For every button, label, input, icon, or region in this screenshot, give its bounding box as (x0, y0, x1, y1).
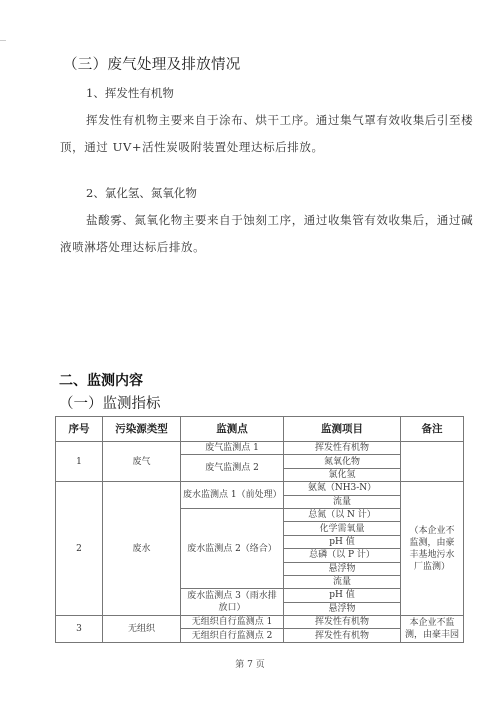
cell-point: 无组织自行监测点 1 (181, 616, 284, 629)
table-row: 2 废水 废水监测点 1（前处理） 氨氮（NH3-N） （本企业不监测，由豪丰基… (56, 482, 464, 495)
cell-no: 1 (56, 442, 103, 482)
section-heading-waste-gas: （三）废气处理及排放情况 (63, 53, 241, 74)
table-row: 1 废气 废气监测点 1 挥发性有机物 (56, 442, 464, 455)
cell-item: 挥发性有机物 (284, 616, 401, 629)
header-source-type: 污染源类型 (103, 417, 181, 442)
cell-item: 总磷（以 P 计） (284, 549, 401, 562)
cell-point: 废气监测点 2 (181, 455, 284, 482)
paragraph-voc-line2: 顶，通过 UV+活性炭吸附装置处理达标后排放。 (60, 139, 324, 155)
cell-point: 废气监测点 1 (181, 442, 284, 455)
cell-item: 氮氧化物 (284, 455, 401, 468)
cell-item: 氨氮（NH3-N） (284, 482, 401, 495)
table-row: 3 无组织 无组织自行监测点 1 挥发性有机物 本企业不监测，由豪丰园 (56, 616, 464, 629)
cell-note: 本企业不监测，由豪丰园 (401, 616, 464, 643)
scan-mark (0, 40, 6, 41)
header-remark: 备注 (401, 417, 464, 442)
monitoring-table: 序号 污染源类型 监测点 监测项目 备注 1 废气 废气监测点 1 挥发性有机物… (55, 416, 464, 643)
paragraph-hcl-line2: 液喷淋塔处理达标后排放。 (60, 239, 205, 255)
cell-item: pH 值 (284, 535, 401, 548)
cell-no: 3 (56, 616, 103, 643)
section-heading-monitoring: 二、监测内容 (59, 370, 143, 390)
header-no: 序号 (56, 417, 103, 442)
cell-point: 无组织自行监测点 2 (181, 629, 284, 642)
cell-point: 废水监测点 2（络合） (181, 508, 284, 588)
paragraph-voc-line1: 挥发性有机物主要来自于涂布、烘干工序。通过集气罩有效收集后引至楼 (86, 112, 473, 128)
paragraph-hcl-line1: 盐酸雾、氮氧化物主要来自于蚀刻工序，通过收集管有效收集后，通过碱 (86, 212, 473, 228)
cell-item: 悬浮物 (284, 602, 401, 615)
subsection-heading-indicators: （一）监测指标 (59, 392, 161, 413)
cell-item: 总氮（以 N 计） (284, 508, 401, 521)
cell-note: （本企业不监测，由豪丰基地污水厂监测） (401, 482, 464, 616)
cell-no: 2 (56, 482, 103, 616)
cell-point: 废水监测点 1（前处理） (181, 482, 284, 509)
cell-item: 氯化氢 (284, 468, 401, 481)
cell-item: 流量 (284, 575, 401, 588)
cell-type: 废气 (103, 442, 181, 482)
cell-item: 挥发性有机物 (284, 442, 401, 455)
cell-item: 挥发性有机物 (284, 629, 401, 642)
cell-item: 流量 (284, 495, 401, 508)
header-monitor-point: 监测点 (181, 417, 284, 442)
cell-item: 悬浮物 (284, 562, 401, 575)
cell-item: pH 值 (284, 589, 401, 602)
subheading-voc: 1、挥发性有机物 (86, 85, 174, 101)
cell-item: 化学需氧量 (284, 522, 401, 535)
cell-type: 废水 (103, 482, 181, 616)
cell-note (401, 442, 464, 482)
table-header-row: 序号 污染源类型 监测点 监测项目 备注 (56, 417, 464, 442)
cell-point: 废水监测点 3（雨水排放口） (181, 589, 284, 616)
cell-type: 无组织 (103, 616, 181, 643)
page-number: 第 7 页 (0, 657, 500, 670)
header-monitor-item: 监测项目 (284, 417, 401, 442)
subheading-hcl-nox: 2、氯化氢、氮氧化物 (86, 185, 197, 201)
